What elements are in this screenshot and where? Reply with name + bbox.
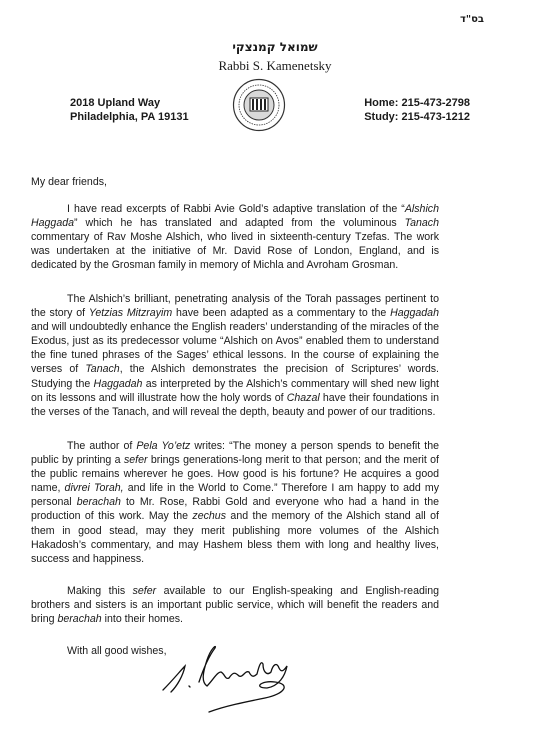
yeshiva-seal-icon [232, 78, 286, 132]
italic-term: Chazal [287, 392, 320, 404]
italic-term: Pela Yo’etz [136, 440, 190, 452]
italic-term: berachah [58, 613, 102, 625]
italic-term: Haggadah [94, 378, 143, 390]
italic-term: Haggadah [390, 307, 439, 319]
italic-term: berachah [77, 496, 121, 508]
hebrew-name: שמואל קמנצקי [0, 40, 550, 54]
italic-term: sefer [133, 585, 157, 597]
text-run: into their homes. [102, 613, 183, 625]
paragraph: I have read excerpts of Rabbi Avie Gold’… [31, 202, 439, 272]
paragraph: The Alshich’s brilliant, penetrating ana… [31, 292, 439, 419]
address-line1: 2018 Upland Way [70, 96, 189, 110]
text-run: commentary of Rav Moshe Alshich, who liv… [31, 231, 439, 271]
phone-study: Study: 215-473-1212 [364, 110, 470, 124]
english-name: Rabbi S. Kamenetsky [0, 58, 550, 74]
phones: Home: 215-473-2798 Study: 215-473-1212 [364, 96, 470, 124]
closing: With all good wishes, [67, 645, 167, 657]
text-run: ” which he has translated and adapted fr… [74, 217, 405, 229]
text-run: have been adapted as a commentary to the [172, 307, 390, 319]
paragraph: The author of Pela Yo’etz writes: “The m… [31, 439, 439, 566]
phone-home: Home: 215-473-2798 [364, 96, 470, 110]
text-run: Making this [67, 585, 133, 597]
bsd-mark: בס"ד [460, 14, 484, 25]
salutation: My dear friends, [31, 175, 439, 189]
italic-term: divrei Torah, [65, 482, 124, 494]
text-run: The author of [67, 440, 136, 452]
address-line2: Philadelphia, PA 19131 [70, 110, 189, 124]
address: 2018 Upland Way Philadelphia, PA 19131 [70, 96, 189, 124]
signature [155, 642, 295, 714]
text-run: I have read excerpts of Rabbi Avie Gold’… [67, 203, 405, 215]
italic-term: sefer [124, 454, 148, 466]
italic-term: zechus [192, 510, 226, 522]
paragraph: Making this sefer available to our Engli… [31, 584, 439, 626]
italic-term: Tanach [85, 363, 119, 375]
italic-term: Yetzias Mitzrayim [89, 307, 172, 319]
italic-term: Tanach [405, 217, 439, 229]
